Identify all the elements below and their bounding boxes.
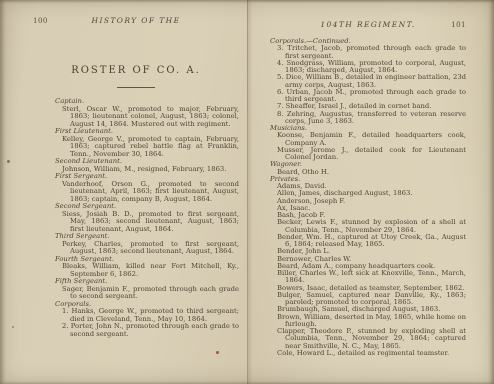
- entry-list: Koonse, Benjamin F., detailed headquarte…: [270, 132, 466, 161]
- roster-section: First Sergeant. Vanderhoof, Orson G., pr…: [55, 173, 239, 203]
- roster-entry: 8. Zehring, Augustus, transferred to vet…: [270, 111, 466, 126]
- roster-section: Second Lieutenant. Johnson, William, M.,…: [55, 158, 239, 173]
- right-page-number: 101: [436, 21, 466, 29]
- roster-entry: 1. Hanks, George W., promoted to third s…: [55, 308, 239, 323]
- left-page-body: Captain. Sterl, Oscar W., promoted to ma…: [55, 98, 239, 338]
- roster-entry: Becker, Lewis F., stunned by explosion o…: [270, 219, 466, 234]
- roster-entry: Bender, Wm. H., captured at Utoy Creek, …: [270, 234, 466, 249]
- left-running-title: HISTORY OF THE: [63, 16, 209, 25]
- title-divider: [117, 87, 155, 88]
- left-page: 100 HISTORY OF THE ROSTER OF CO. A. Capt…: [0, 0, 247, 384]
- entry-list: Siess, Josiah B. D., promoted to first s…: [55, 211, 239, 234]
- roster-entry: 3. Tritchet, Jacob, promoted through eac…: [270, 45, 466, 60]
- roster-entry: Kelley, George V., promoted to captain, …: [55, 136, 239, 159]
- roster-section: Captain. Sterl, Oscar W., promoted to ma…: [55, 98, 239, 128]
- scan-speck: [7, 160, 10, 163]
- roster-entry: Bleaks, William, killed near Fort Mitche…: [55, 263, 239, 278]
- book-scan: 100 HISTORY OF THE ROSTER OF CO. A. Capt…: [0, 0, 494, 384]
- entry-list: Adams, David.Allen, James, discharged Au…: [270, 183, 466, 357]
- roster-section: Corporals. 1. Hanks, George W., promoted…: [55, 301, 239, 339]
- entry-list: 3. Tritchet, Jacob, promoted through eac…: [270, 45, 466, 125]
- roster-section: Second Sergeant. Siess, Josiah B. D., pr…: [55, 203, 239, 233]
- roster-entry: Bulger, Samuel, captured near Danville, …: [270, 292, 466, 307]
- roster-entry: Sterl, Oscar W., promoted to major, Febr…: [55, 106, 239, 129]
- roster-entry: Musser, Jerome J., detailed cook for Lie…: [270, 147, 466, 162]
- scan-speck: [216, 351, 219, 354]
- roster-entry: Brown, William, deserted in May, 1865, w…: [270, 314, 466, 329]
- roster-section: First Lieutenant. Kelley, George V., pro…: [55, 128, 239, 158]
- roster-section: Wagoner. Beard, Otho H.: [270, 161, 466, 176]
- entry-list: Sager, Benjamin F., promoted through eac…: [55, 286, 239, 301]
- entry-list: 1. Hanks, George W., promoted to third s…: [55, 308, 239, 338]
- left-page-header: 100 HISTORY OF THE: [33, 16, 239, 25]
- roster-section: Corporals.—Continued. 3. Tritchet, Jacob…: [270, 38, 466, 125]
- roster-entry: Biller, Charles W., left sick at Knoxvil…: [270, 270, 466, 285]
- roster-entry: 6. Urban, Jacob M., promoted through eac…: [270, 89, 466, 104]
- roster-section: Musicians. Koonse, Benjamin F., detailed…: [270, 125, 466, 161]
- roster-entry: 5. Dice, William B., detailed in enginee…: [270, 74, 466, 89]
- roster-entry: Cole, Howard L., detailed as regimental …: [270, 350, 466, 357]
- roster-entry: Siess, Josiah B. D., promoted to first s…: [55, 211, 239, 234]
- roster-section: Fifth Sergeant. Sager, Benjamin F., prom…: [55, 278, 239, 301]
- roster-entry: 4. Snodgrass, William, promoted to corpo…: [270, 60, 466, 75]
- right-running-title: 104TH REGIMENT.: [300, 20, 436, 29]
- right-page-body: Corporals.—Continued. 3. Tritchet, Jacob…: [270, 38, 466, 357]
- entry-list: Vanderhoof, Orson G., promoted to second…: [55, 181, 239, 204]
- entry-list: Bleaks, William, killed near Fort Mitche…: [55, 263, 239, 278]
- left-page-number: 100: [33, 17, 63, 25]
- entry-list: Sterl, Oscar W., promoted to major, Febr…: [55, 106, 239, 129]
- entry-list: Perkey, Charles, promoted to first serge…: [55, 241, 239, 256]
- entry-list: Kelley, George V., promoted to captain, …: [55, 136, 239, 159]
- roster-entry: Clapper, Theodore P., stunned by explodi…: [270, 328, 466, 350]
- roster-entry: Koonse, Benjamin F., detailed headquarte…: [270, 132, 466, 147]
- roster-section: Third Sergeant. Perkey, Charles, promote…: [55, 233, 239, 256]
- chapter-title: ROSTER OF CO. A.: [33, 65, 239, 76]
- roster-section: Fourth Sergeant. Bleaks, William, killed…: [55, 256, 239, 279]
- roster-entry: Sager, Benjamin F., promoted through eac…: [55, 286, 239, 301]
- roster-entry: Vanderhoof, Orson G., promoted to second…: [55, 181, 239, 204]
- roster-entry: Perkey, Charles, promoted to first serge…: [55, 241, 239, 256]
- roster-entry: 2. Porter, John N., promoted through eac…: [55, 323, 239, 338]
- scan-speck: [12, 326, 14, 328]
- right-page-header: 104TH REGIMENT. 101: [270, 20, 466, 29]
- right-page: 104TH REGIMENT. 101 Corporals.—Continued…: [247, 0, 494, 384]
- roster-section: Privates. Adams, David.Allen, James, dis…: [270, 176, 466, 357]
